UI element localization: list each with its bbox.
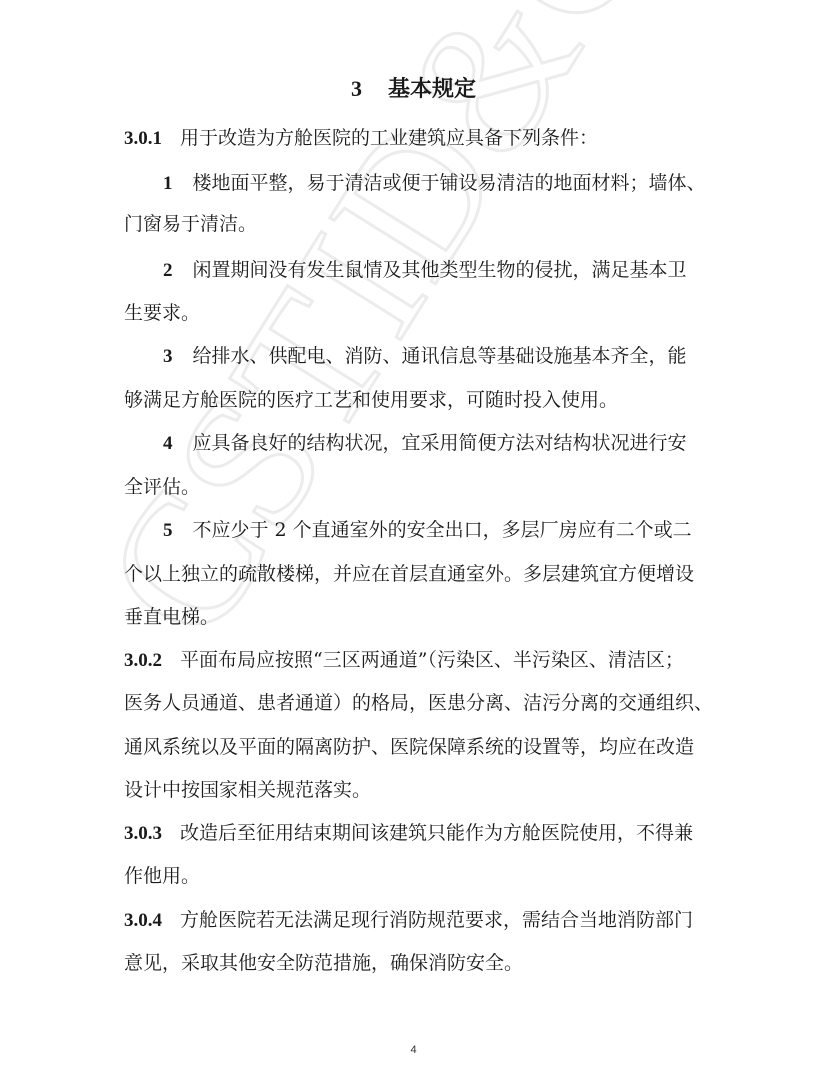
- clause-number: 3.0.4: [124, 910, 162, 931]
- item-5-cont2: 垂直电梯。: [124, 604, 704, 630]
- item-1-cont: 门窗易于清洁。: [124, 211, 704, 237]
- clause-number: 3.0.1: [124, 128, 162, 149]
- item-3: 3给排水、供配电、消防、通讯信息等基础设施基本齐全，能: [163, 343, 704, 370]
- section-title: 基本规定: [388, 76, 476, 102]
- item-1: 1楼地面平整，易于清洁或便于铺设易清洁的地面材料；墙体、: [163, 170, 704, 197]
- page-number: 4: [0, 1044, 827, 1056]
- item-4-cont: 全评估。: [124, 474, 704, 500]
- item-number: 5: [163, 520, 173, 541]
- section-number: 3: [351, 76, 362, 101]
- section-heading: 3基本规定: [0, 72, 827, 103]
- clause-3-0-4-cont: 意见，采取其他安全防范措施，确保消防安全。: [124, 950, 704, 976]
- item-number: 4: [163, 433, 173, 454]
- clause-text: 方舱医院若无法满足现行消防规范要求，需结合当地消防部门: [180, 909, 693, 931]
- clause-3-0-3: 3.0.3改造后至征用结束期间该建筑只能作为方舱医院使用，不得兼: [124, 820, 704, 847]
- clause-3-0-3-cont: 作他用。: [124, 863, 704, 889]
- item-4: 4应具备良好的结构状况，宜采用简便方法对结构状况进行安: [163, 430, 704, 457]
- clause-text: 用于改造为方舱医院的工业建筑应具备下列条件：: [180, 127, 598, 149]
- clause-number: 3.0.2: [124, 650, 162, 671]
- clause-3-0-2: 3.0.2平面布局应按照“三区两通道”（污染区、半污染区、清洁区；: [124, 647, 704, 674]
- document-page: CSTID&CME 3基本规定 3.0.1用于改造为方舱医院的工业建筑应具备下列…: [0, 0, 827, 1082]
- item-5-cont: 个以上独立的疏散楼梯，并应在首层直通室外。多层建筑宜方便增设: [124, 561, 704, 587]
- clause-3-0-1: 3.0.1用于改造为方舱医院的工业建筑应具备下列条件：: [124, 125, 704, 152]
- clause-3-0-4: 3.0.4方舱医院若无法满足现行消防规范要求，需结合当地消防部门: [124, 907, 704, 934]
- item-text: 不应少于 2 个直通室外的安全出口，多层厂房应有二个或二: [193, 519, 692, 541]
- item-number: 2: [163, 260, 173, 281]
- item-text: 给排水、供配电、消防、通讯信息等基础设施基本齐全，能: [193, 345, 687, 367]
- item-text: 闲置期间没有发生鼠情及其他类型生物的侵扰，满足基本卫: [193, 259, 687, 281]
- clause-number: 3.0.3: [124, 823, 162, 844]
- item-number: 3: [163, 346, 173, 367]
- item-number: 1: [163, 173, 173, 194]
- clause-text: 改造后至征用结束期间该建筑只能作为方舱医院使用，不得兼: [180, 822, 693, 844]
- item-text: 应具备良好的结构状况，宜采用简便方法对结构状况进行安: [193, 432, 687, 454]
- clause-3-0-2-cont: 医务人员通道、患者通道）的格局，医患分离、洁污分离的交通组织、: [124, 690, 704, 716]
- item-5: 5不应少于 2 个直通室外的安全出口，多层厂房应有二个或二: [163, 517, 704, 544]
- clause-text: 平面布局应按照“三区两通道”（污染区、半污染区、清洁区；: [180, 649, 684, 671]
- item-3-cont: 够满足方舱医院的医疗工艺和使用要求，可随时投入使用。: [124, 387, 704, 413]
- item-text: 楼地面平整，易于清洁或便于铺设易清洁的地面材料；墙体、: [193, 172, 706, 194]
- item-2: 2闲置期间没有发生鼠情及其他类型生物的侵扰，满足基本卫: [163, 257, 704, 284]
- item-2-cont: 生要求。: [124, 300, 704, 326]
- clause-3-0-2-cont3: 设计中按国家相关规范落实。: [124, 777, 704, 803]
- clause-3-0-2-cont2: 通风系统以及平面的隔离防护、医院保障系统的设置等，均应在改造: [124, 734, 704, 760]
